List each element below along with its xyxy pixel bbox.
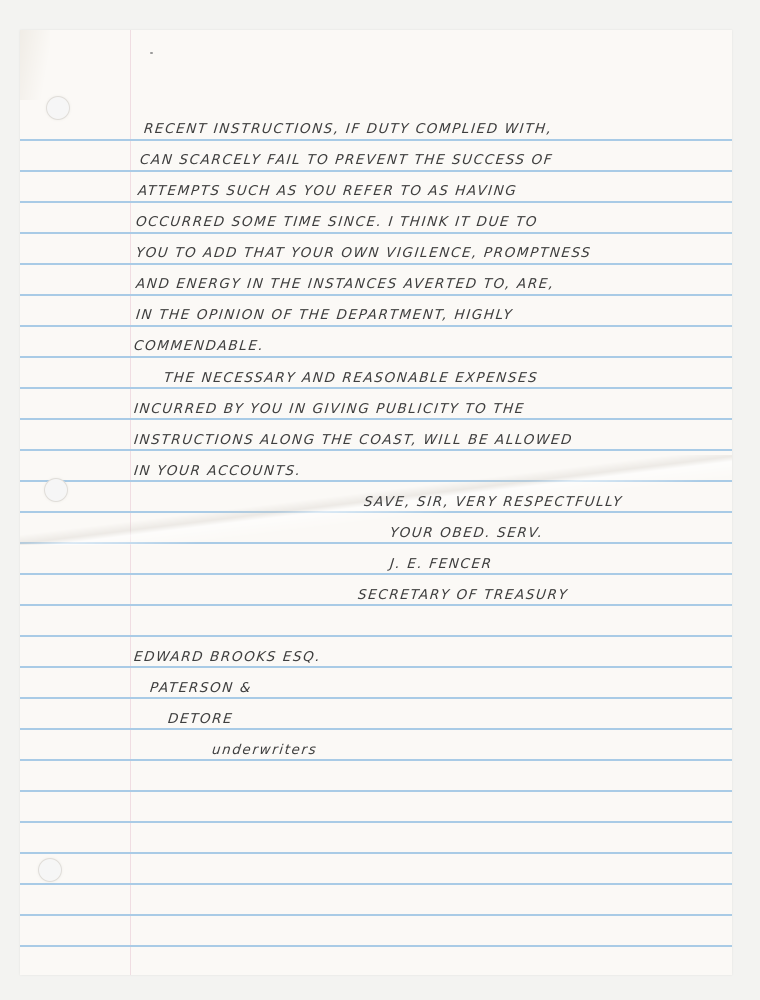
body-line: THE NECESSARY AND REASONABLE EXPENSES	[163, 370, 539, 386]
ruled-line	[20, 697, 732, 699]
ruled-line	[20, 511, 732, 513]
addressee-line: PATERSON &	[149, 680, 253, 696]
ruled-line	[20, 542, 732, 544]
punch-hole-bottom	[38, 858, 62, 882]
body-line: IN YOUR ACCOUNTS.	[133, 463, 302, 479]
ruled-line	[20, 418, 732, 420]
body-line: COMMENDABLE.	[133, 338, 265, 354]
ruled-line	[20, 728, 732, 730]
ruled-line	[20, 666, 732, 668]
folded-corner	[20, 30, 50, 100]
signer-title: SECRETARY OF TREASURY	[357, 587, 569, 603]
ruled-line	[20, 139, 732, 141]
ruled-line	[20, 387, 732, 389]
ruled-line	[20, 604, 732, 606]
ruled-line	[20, 325, 732, 327]
ruled-line	[20, 449, 732, 451]
ruled-line	[20, 821, 732, 823]
body-line: AND ENERGY IN THE INSTANCES AVERTED TO, …	[135, 276, 556, 292]
ruled-line	[20, 945, 732, 947]
body-line: YOU TO ADD THAT YOUR OWN VIGILENCE, PROM…	[135, 245, 592, 261]
addressee-line: UNDERWRITERS	[211, 742, 318, 758]
body-line: CAN SCARCELY FAIL TO PREVENT THE SUCCESS…	[139, 152, 554, 168]
ruled-line	[20, 263, 732, 265]
ruled-line	[20, 759, 732, 761]
body-line: ATTEMPTS SUCH AS YOU REFER TO AS HAVING	[137, 183, 518, 199]
body-line: RECENT INSTRUCTIONS, IF DUTY COMPLIED WI…	[143, 121, 553, 137]
ruled-line	[20, 573, 732, 575]
closing-line: SAVE, SIR, VERY RESPECTFULLY	[363, 494, 624, 510]
punch-hole-middle	[44, 478, 68, 502]
body-line: INSTRUCTIONS ALONG THE COAST, WILL BE AL…	[133, 432, 574, 448]
body-line: OCCURRED SOME TIME SINCE. I THINK IT DUE…	[135, 214, 539, 230]
body-line: IN THE OPINION OF THE DEPARTMENT, HIGHLY	[135, 307, 514, 323]
ruled-line	[20, 852, 732, 854]
ruled-line	[20, 480, 732, 482]
punch-hole-top	[46, 96, 70, 120]
ruled-line	[20, 294, 732, 296]
body-line: INCURRED BY YOU IN GIVING PUBLICITY TO T…	[133, 401, 526, 417]
ruled-line	[20, 232, 732, 234]
ruled-line	[20, 170, 732, 172]
paper-speck	[150, 52, 153, 54]
ruled-line	[20, 201, 732, 203]
ruled-line	[20, 883, 732, 885]
addressee-line: DETORE	[167, 711, 234, 727]
closing-line: YOUR OBED. SERV.	[389, 525, 544, 541]
addressee-name: EDWARD BROOKS ESQ.	[133, 649, 322, 665]
ruled-line	[20, 914, 732, 916]
ruled-line	[20, 635, 732, 637]
ruled-line	[20, 356, 732, 358]
signature: J. E. FENCER	[389, 556, 493, 572]
ruled-line	[20, 790, 732, 792]
